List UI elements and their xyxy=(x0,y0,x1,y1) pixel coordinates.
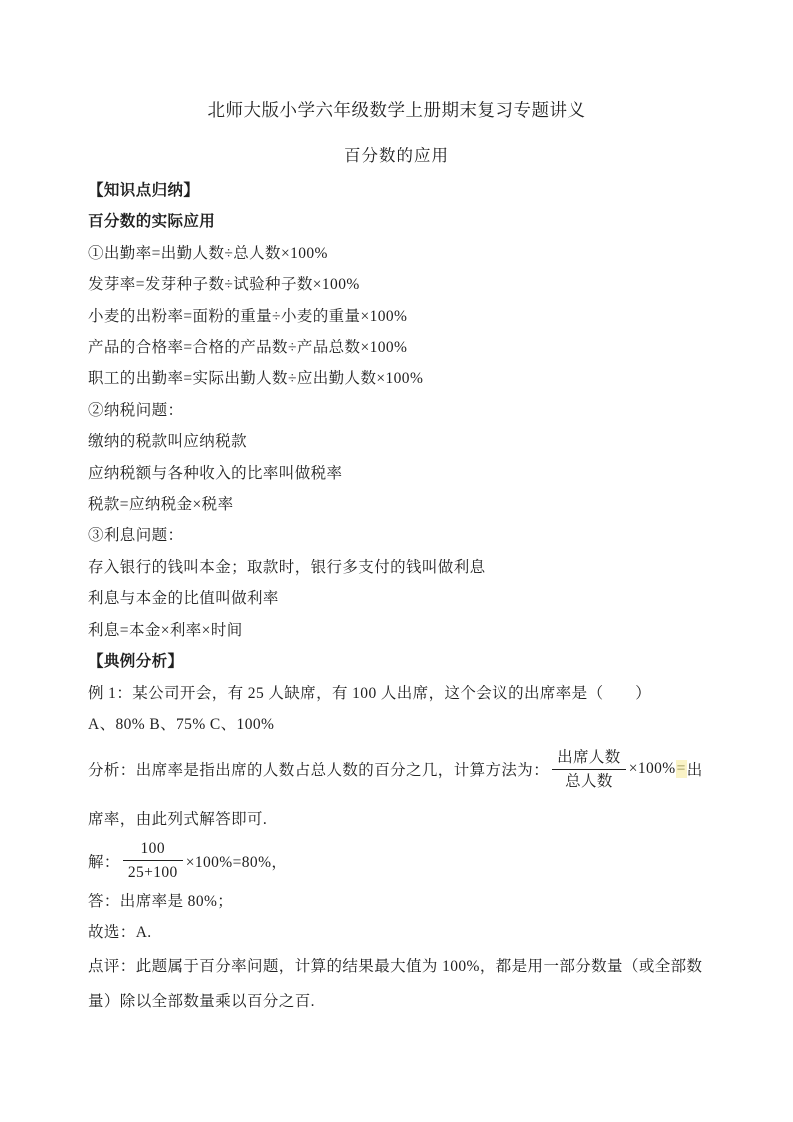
knowledge-line: ②纳税问题： xyxy=(88,395,705,426)
analysis-times-100: ×100% xyxy=(629,760,676,778)
document-page: 北师大版小学六年级数学上册期末复习专题讲义 百分数的应用 【知识点归纳】 百分数… xyxy=(0,0,793,1122)
analysis-suffix: 出 xyxy=(687,758,703,780)
example-options: A、80% B、75% C、100% xyxy=(88,709,705,740)
analysis-fraction-denominator: 总人数 xyxy=(552,770,626,792)
knowledge-line: 产品的合格率=合格的产品数÷产品总数×100% xyxy=(88,332,705,363)
knowledge-line: 职工的出勤率=实际出勤人数÷应出勤人数×100% xyxy=(88,363,705,394)
analysis-prefix: 分析：出席率是指出席的人数占总人数的百分之几，计算方法为： xyxy=(88,758,549,780)
analysis-continuation: 席率，由此列式解答即可. xyxy=(88,804,705,835)
knowledge-section-header: 【知识点归纳】 xyxy=(88,175,705,206)
analysis-fraction: 出席人数 总人数 xyxy=(552,747,626,792)
knowledge-line: ③利息问题： xyxy=(88,520,705,551)
knowledge-line: 税款=应纳税金×税率 xyxy=(88,489,705,520)
choice-line: 故选：A. xyxy=(88,917,705,948)
solution-label: 解： xyxy=(88,850,120,872)
document-body: 【知识点归纳】 百分数的实际应用 ①出勤率=出勤人数÷总人数×100% 发芽率=… xyxy=(88,175,705,1019)
knowledge-line: 存入银行的钱叫本金；取款时，银行多支付的钱叫做利息 xyxy=(88,552,705,583)
knowledge-line: 利息=本金×利率×时间 xyxy=(88,615,705,646)
solution-formula-row: 解： 100 25+100 ×100%=80%， xyxy=(88,836,705,886)
knowledge-line: 利息与本金的比值叫做利率 xyxy=(88,583,705,614)
answer-line: 答：出席率是 80%； xyxy=(88,886,705,917)
solution-fraction: 100 25+100 xyxy=(123,838,183,883)
document-subtitle: 百分数的应用 xyxy=(88,146,705,166)
knowledge-line: 应纳税额与各种收入的比率叫做税率 xyxy=(88,458,705,489)
knowledge-line: 发芽率=发芽种子数÷试验种子数×100% xyxy=(88,269,705,300)
analysis-formula-row: 分析：出席率是指出席的人数占总人数的百分之几，计算方法为： 出席人数 总人数 ×… xyxy=(88,742,705,796)
example-question: 例 1：某公司开会，有 25 人缺席，有 100 人出席，这个会议的出席率是（ … xyxy=(88,678,705,709)
solution-fraction-denominator: 25+100 xyxy=(123,861,183,883)
analysis-fraction-numerator: 出席人数 xyxy=(552,747,626,770)
solution-result: ×100%=80%， xyxy=(186,850,288,872)
knowledge-line: ①出勤率=出勤人数÷总人数×100% xyxy=(88,238,705,269)
comment-line: 点评：此题属于百分率问题，计算的结果最大值为 100%，都是用一部分数量（或全部… xyxy=(88,949,705,984)
solution-fraction-numerator: 100 xyxy=(123,838,183,861)
analysis-equals-highlight: = xyxy=(676,760,687,778)
document-title: 北师大版小学六年级数学上册期末复习专题讲义 xyxy=(88,100,705,120)
comment-paragraph: 点评：此题属于百分率问题，计算的结果最大值为 100%，都是用一部分数量（或全部… xyxy=(88,949,705,1019)
comment-line: 量）除以全部数量乘以百分之百. xyxy=(88,984,705,1019)
example-section-header: 【典例分析】 xyxy=(88,646,705,677)
knowledge-line: 缴纳的税款叫应纳税款 xyxy=(88,426,705,457)
knowledge-line: 小麦的出粉率=面粉的重量÷小麦的重量×100% xyxy=(88,301,705,332)
page-content: 北师大版小学六年级数学上册期末复习专题讲义 百分数的应用 【知识点归纳】 百分数… xyxy=(0,0,793,1019)
knowledge-section-subheader: 百分数的实际应用 xyxy=(88,206,705,237)
